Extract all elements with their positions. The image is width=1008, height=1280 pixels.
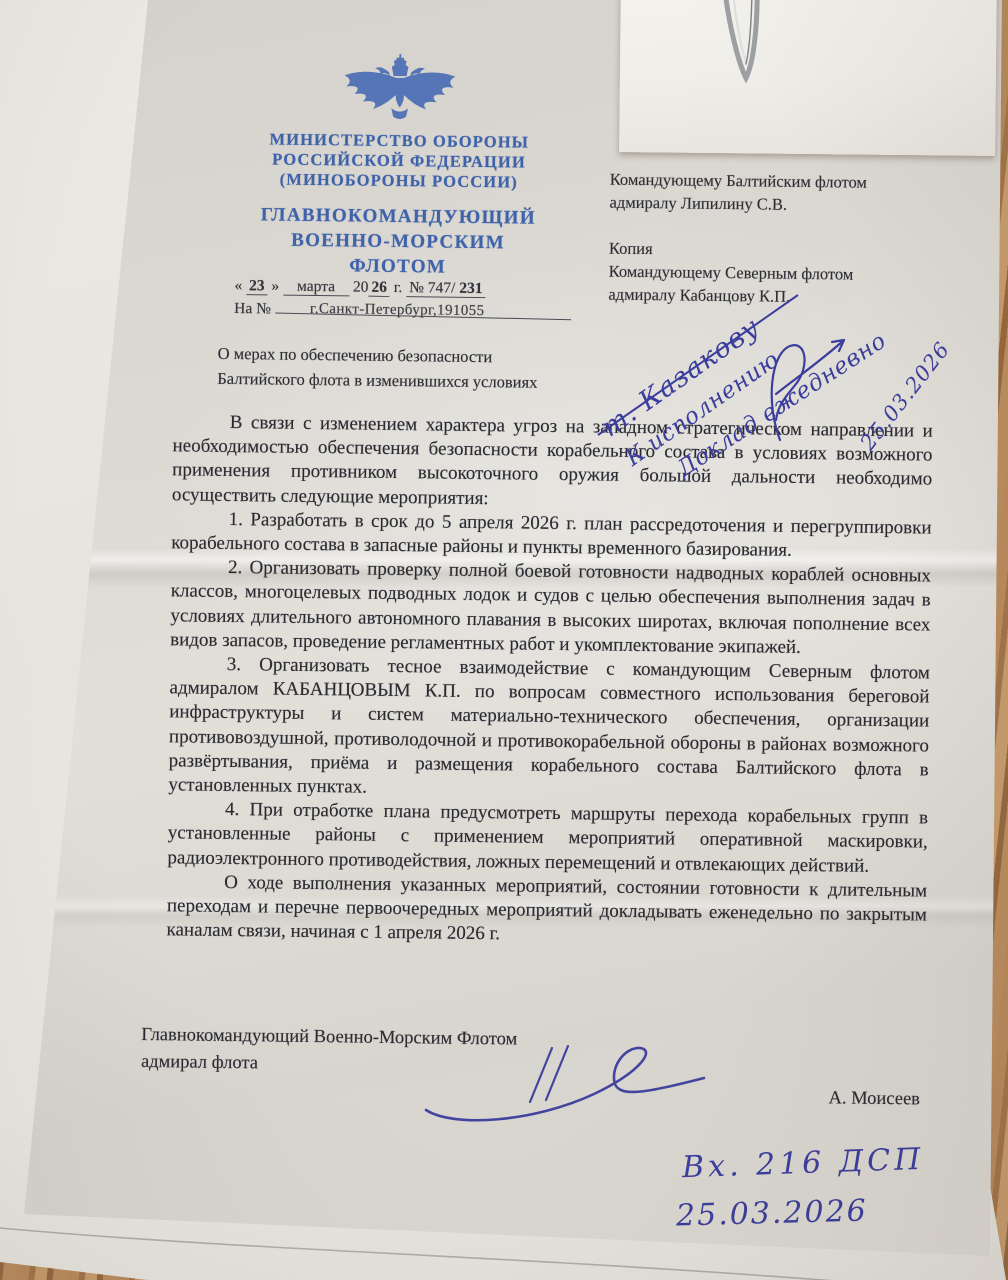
signer-position-line2: адмирал флота (141, 1049, 621, 1082)
reply-blank-line (275, 313, 571, 321)
paragraph-item2: 2. Организовать проверку полной боевой г… (170, 555, 931, 661)
letterhead-commander-line1: ГЛАВНОКОМАНДУЮЩИЙ (243, 202, 553, 231)
signer-name: А. Моисеев (828, 1088, 920, 1110)
photographed-letter: МИНИСТЕРСТВО ОБОРОНЫ РОССИЙСКОЙ ФЕДЕРАЦИ… (0, 0, 1008, 1280)
paragraph-item4: 4. При отработке плана предусмотреть мар… (167, 798, 928, 880)
handwritten-incoming-date: 25.03.2026 (676, 1193, 869, 1233)
day-value: 23 (246, 277, 268, 295)
reply-label: На № (234, 300, 271, 317)
recipients-block: Командующему Балтийским флотом адмиралу … (608, 168, 940, 310)
year-suffix: г. (394, 279, 403, 296)
number-value: 231 (459, 280, 482, 297)
date-number-line: « 23 » марта 2026 г. № 747/ 231 (234, 277, 574, 299)
number-label: № 747/ (409, 279, 455, 297)
paragraph-reporting: О ходе выполнения указанных мероприятий,… (166, 870, 927, 952)
reference-block: « 23 » марта 2026 г. № 747/ 231 На № (234, 277, 574, 322)
year-value: 26 (368, 279, 390, 297)
printed-content: МИНИСТЕРСТВО ОБОРОНЫ РОССИЙСКОЙ ФЕДЕРАЦИ… (0, 0, 1008, 1280)
subject-block: О мерах по обеспечению безопасности Балт… (217, 341, 648, 396)
mod-eagle-emblem-icon (333, 52, 466, 126)
copy-recipient-line2: адмиралу Кабанцову К.П. (608, 283, 938, 310)
letter-body: В связи с изменением характера угроз на … (166, 410, 932, 952)
month-value: марта (283, 278, 349, 297)
paragraph-item3: 3. Организовать тесное взаимодействие с … (168, 652, 930, 806)
quote-open: « (234, 277, 242, 294)
paragraph-intro: В связи с изменением характера угроз на … (172, 410, 933, 516)
quote-close: » (271, 277, 279, 294)
recipient-line2: адмиралу Липилину С.В. (609, 191, 939, 218)
letterhead-org-line3: (МИНОБОРОНЫ РОССИИ) (244, 169, 554, 193)
year-prefix: 20 (353, 278, 369, 295)
signature-title-block: Главнокомандующий Военно-Морским Флотом … (141, 1022, 622, 1082)
subject-line2: Балтийского флота в изменившихся условия… (217, 366, 647, 396)
reply-reference-line: На № (234, 300, 574, 322)
letterhead-commander-line2: ВОЕННО-МОРСКИМ ФЛОТОМ (243, 227, 554, 281)
